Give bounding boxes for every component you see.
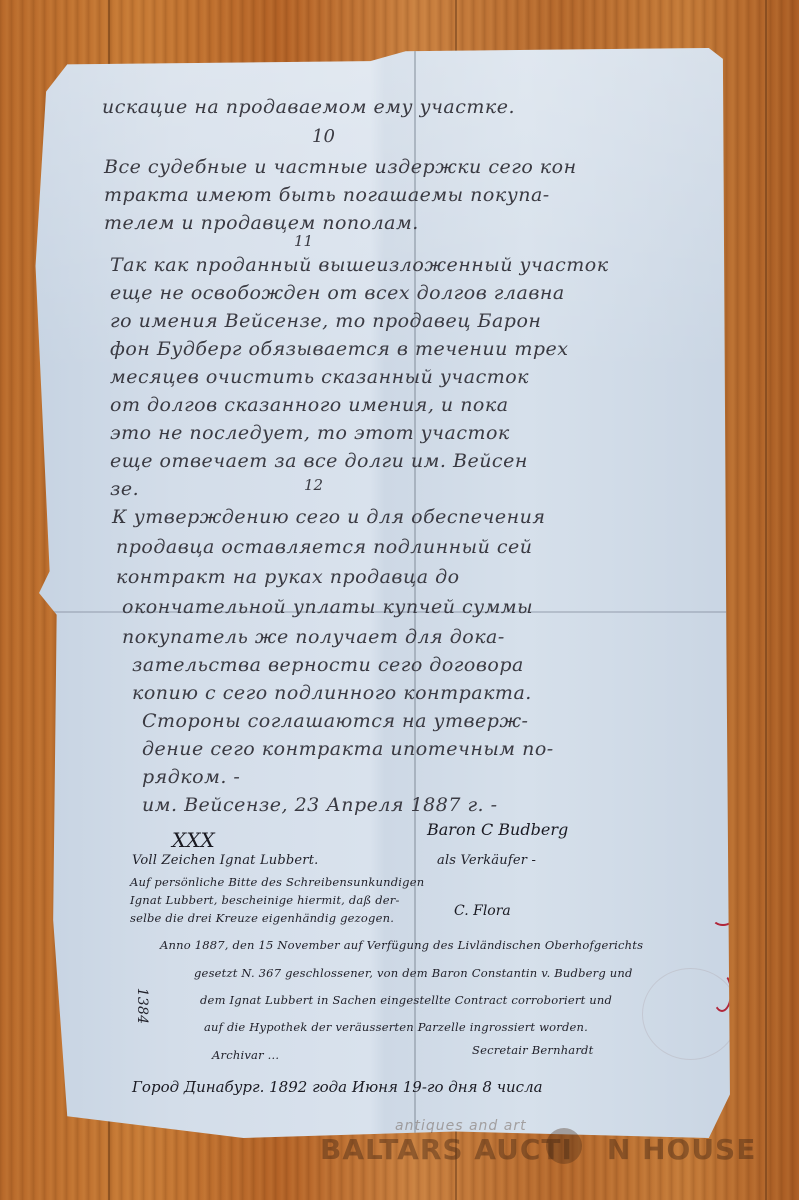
text-line: зательства верности сего договора	[132, 654, 524, 676]
attestation-line: selbe die drei Kreuze eigenhändig gezoge…	[130, 911, 394, 925]
text-line: копию с сего подлинного контракта.	[132, 682, 532, 704]
wood-seam	[765, 0, 767, 1200]
seller-role: als Verkäufer -	[437, 853, 536, 868]
watermark-subtitle: antiques and art	[395, 1118, 527, 1134]
text-line: продавца оставляется подлинный сей	[116, 536, 533, 558]
cross-marks: XXX	[172, 828, 215, 852]
text-line: рядком. -	[142, 766, 240, 788]
watermark-text-right: N HOUSE	[607, 1133, 756, 1166]
watermark-emblem-icon	[546, 1128, 582, 1164]
date-line: им. Вейсензе, 23 Апреля 1887 г. -	[142, 794, 498, 816]
text-line: еще отвечает за все долги им. Вейсен	[110, 450, 528, 472]
section-number: 12	[304, 476, 323, 494]
text-line: тракта имеют быть погашаемы покупа-	[104, 184, 550, 206]
attestation-line: auf die Hypothek der veräusserten Parzel…	[204, 1020, 588, 1034]
attestation-line: Anno 1887, den 15 November auf Verfügung…	[160, 938, 643, 952]
text-line: это не последует, то этот участок	[110, 422, 510, 444]
attestation-line: Auf persönliche Bitte des Schreibensunku…	[130, 875, 424, 889]
margin-number: 1384	[134, 988, 150, 1024]
text-line: телем и продавцем пополам.	[104, 212, 419, 234]
watermark-text-left: BALTARS AUCTI	[320, 1133, 573, 1166]
attestation-line: Ignat Lubbert, bescheinige hiermit, daß …	[130, 893, 400, 907]
binding-thread	[712, 973, 732, 1012]
secretary-signature: Secretair Bernhardt	[472, 1043, 593, 1057]
footer-registration-line: Город Динабург. 1892 года Июня 19-го дня…	[132, 1078, 543, 1096]
attestation-line: dem Ignat Lubbert in Sachen eingestellte…	[200, 993, 612, 1007]
watermark-logo: BALTARS AUCTIN HOUSE	[320, 1133, 756, 1166]
section-number: 10	[312, 126, 335, 147]
document-paper: искацие на продаваемом ему участке. 10 В…	[32, 48, 737, 1138]
text-line: го имения Вейсензе, то продавец Барон	[110, 310, 541, 332]
archivar-signature: Archivar ...	[212, 1048, 279, 1062]
section-number: 11	[294, 232, 313, 250]
buyer-mark-line: Voll Zeichen Ignat Lubbert.	[132, 853, 318, 868]
text-line: искацие на продаваемом ему участке.	[102, 96, 515, 118]
text-line: фон Будберг обязывается в течении трех	[110, 338, 569, 360]
text-line: Все судебные и частные издержки сего кон	[104, 156, 577, 178]
text-line: от долгов сказанного имения, и пока	[110, 394, 509, 416]
text-line: К утверждению сего и для обеспечения	[112, 506, 545, 528]
text-line: Стороны соглашаются на утверж-	[142, 710, 528, 732]
text-line: окончательной уплаты купчей суммы	[122, 596, 533, 618]
text-line: еще не освобожден от всех долгов главна	[110, 282, 565, 304]
text-line: зе.	[110, 478, 139, 500]
binding-thread	[712, 910, 734, 926]
text-line: дение сего контракта ипотечным по-	[142, 738, 554, 760]
text-line: месяцев очистить сказанный участок	[110, 366, 529, 388]
seller-signature: Baron C Budberg	[427, 820, 568, 839]
text-line: Так как проданный вышеизложенный участок	[110, 254, 609, 276]
text-line: покупатель же получает для дока-	[122, 626, 505, 648]
witness-signature: C. Flora	[454, 903, 511, 919]
text-line: контракт на руках продавца до	[116, 566, 460, 588]
attestation-line: gesetzt N. 367 geschlossener, von dem Ba…	[194, 966, 633, 980]
